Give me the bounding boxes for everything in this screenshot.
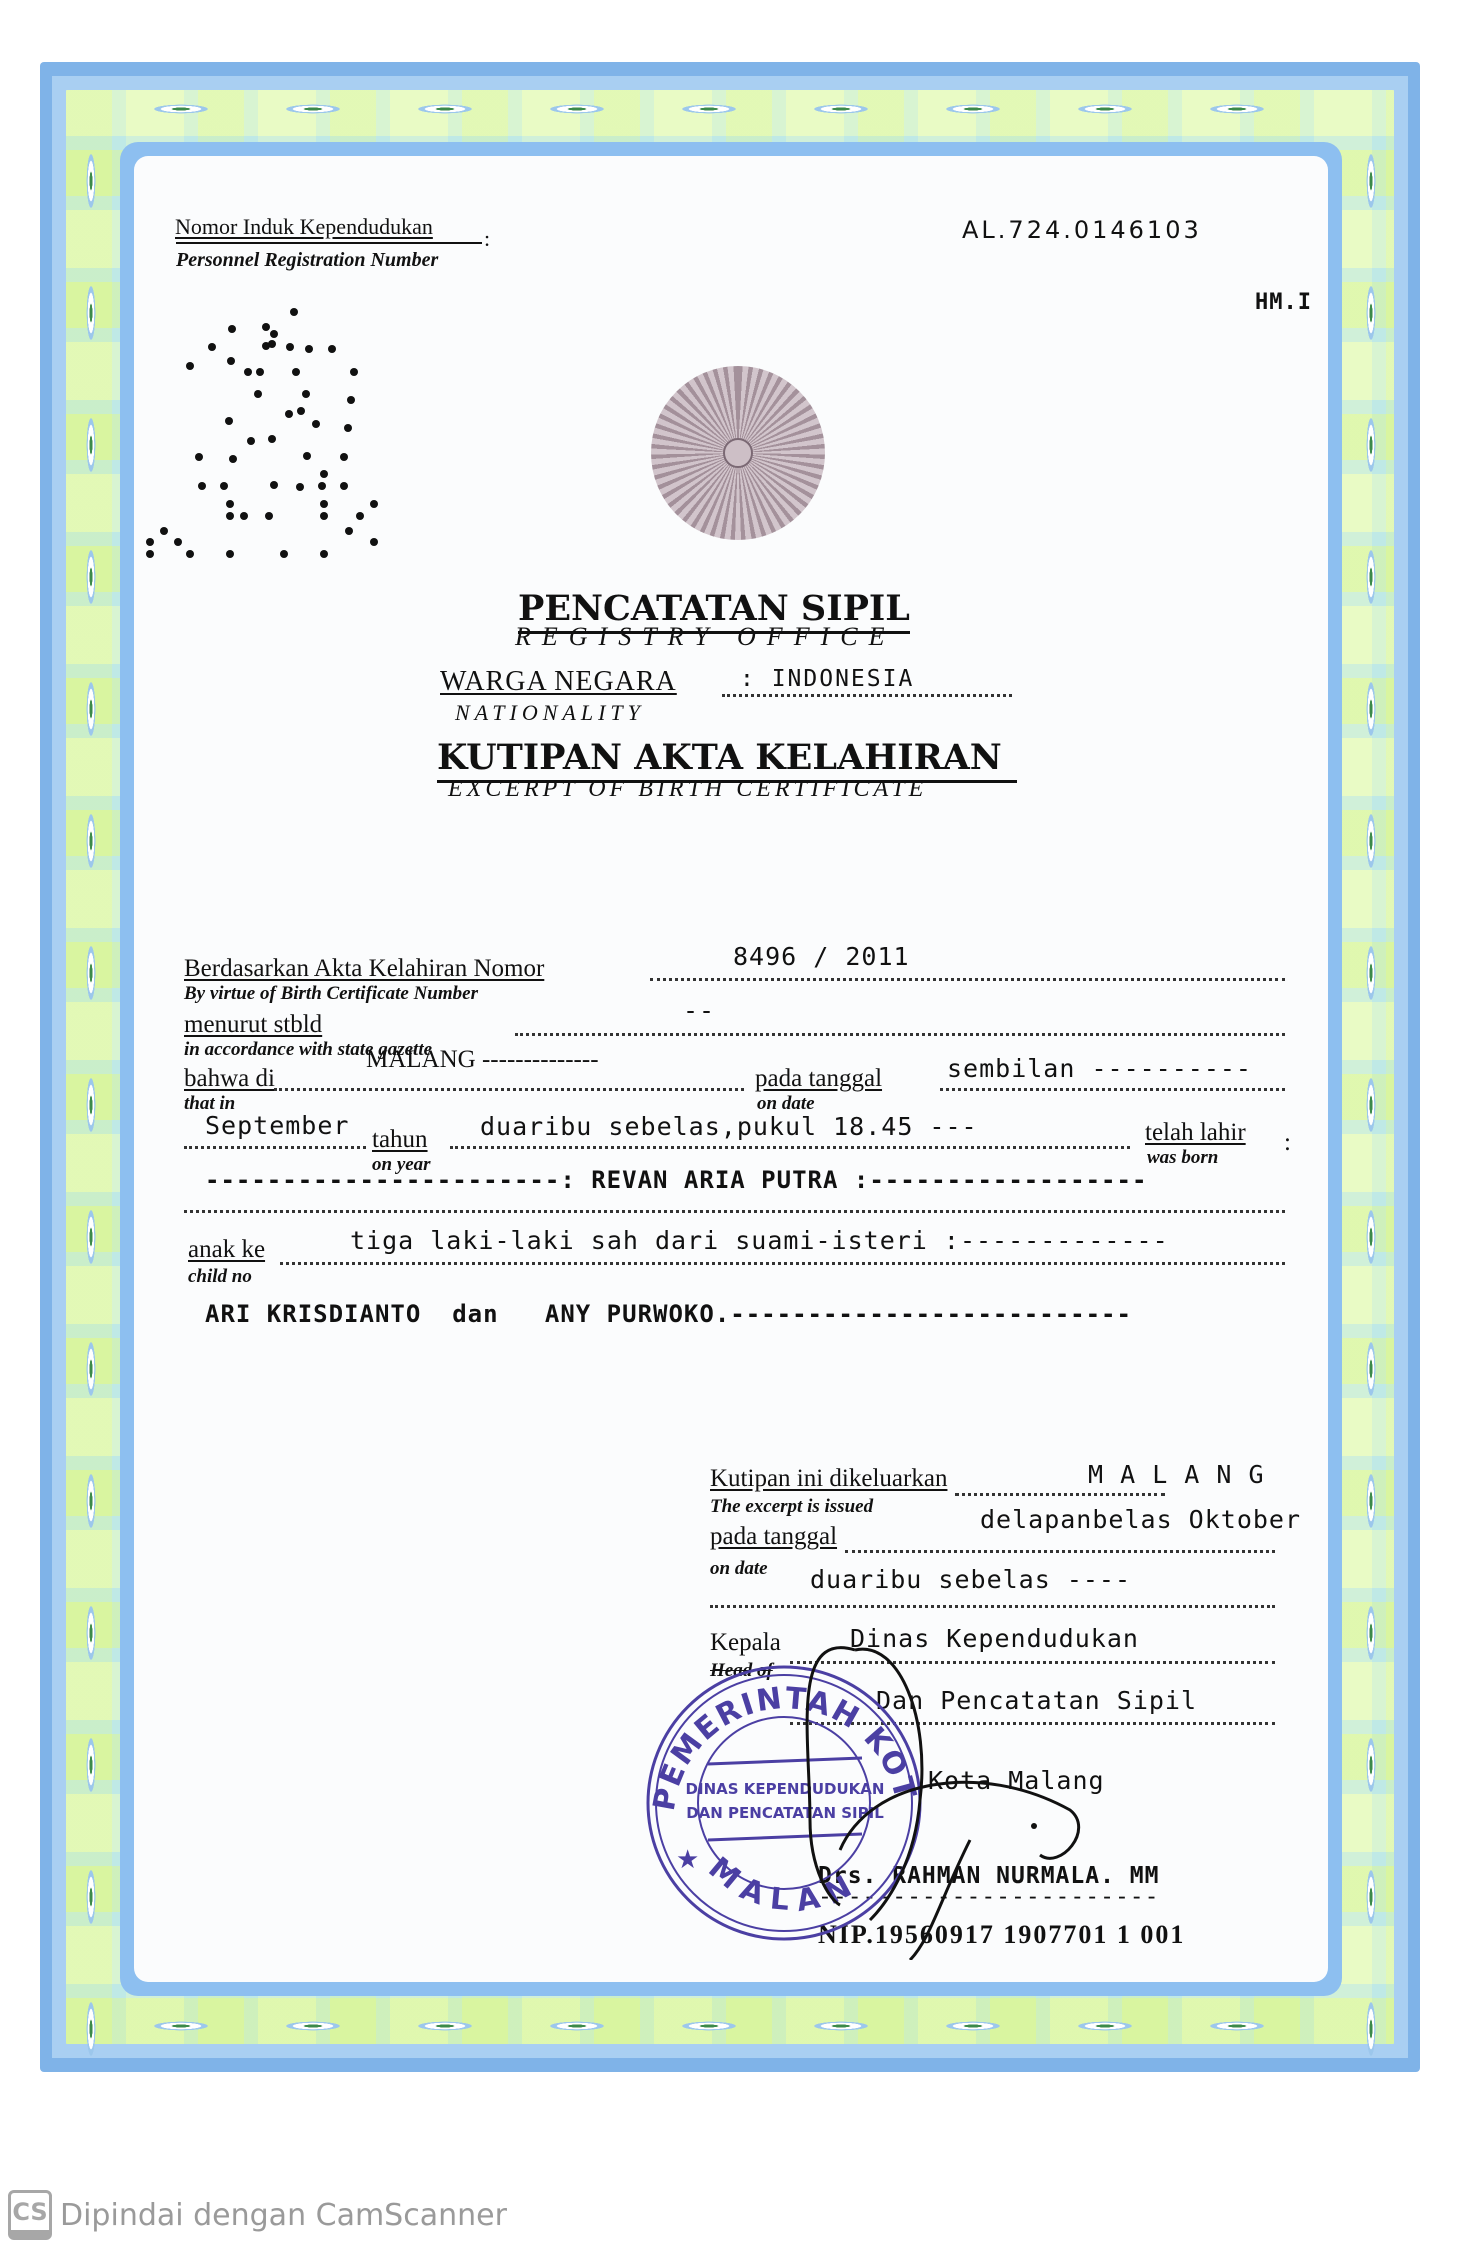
issue-date-dots-1 xyxy=(845,1550,1275,1553)
nationality-label-en: NATIONALITY xyxy=(455,700,645,726)
year-value: duaribu sebelas,pukul 18.45 --- xyxy=(480,1112,978,1141)
office-line-3: Kota Malang xyxy=(928,1766,1105,1795)
svg-text:★: ★ xyxy=(676,1845,699,1875)
cert-no-value: 8496 / 2011 xyxy=(733,942,910,971)
place-label: bahwa di xyxy=(184,1066,275,1091)
cert-no-dots xyxy=(650,978,1285,981)
place-dots xyxy=(274,1088,744,1091)
born-colon: : xyxy=(1284,1130,1291,1155)
parents-line: ARI KRISDIANTO dan ANY PURWOKO.---------… xyxy=(205,1300,1132,1328)
issued-label-en: The excerpt is issued xyxy=(710,1496,873,1518)
office-line-1: Dinas Kependudukan xyxy=(850,1624,1139,1653)
born-label-en: was born xyxy=(1147,1147,1218,1169)
camscanner-text: Dipindai dengan CamScanner xyxy=(60,2198,507,2233)
date-value: sembilan ---------- xyxy=(947,1054,1252,1083)
issue-date-label: pada tanggal xyxy=(710,1524,837,1549)
document-title-en: EXCERPT OF BIRTH CERTIFICATE xyxy=(448,776,927,803)
svg-text:DAN PENCATATAN SIPIL: DAN PENCATATAN SIPIL xyxy=(686,1804,884,1822)
camscanner-watermark: CS Dipindai dengan CamScanner xyxy=(8,2190,507,2240)
child-no-label: anak ke xyxy=(188,1237,265,1262)
cert-no-label-en: By virtue of Birth Certificate Number xyxy=(184,983,478,1005)
svg-text:DINAS KEPENDUDUKAN: DINAS KEPENDUDUKAN xyxy=(686,1780,885,1798)
garuda-emblem-icon xyxy=(651,366,825,540)
month-value: September xyxy=(205,1111,349,1140)
form-code: HM.I xyxy=(1255,290,1312,315)
nik-label-en: Personnel Registration Number xyxy=(176,249,438,272)
issue-date-dots-2 xyxy=(710,1605,1275,1608)
name-dots xyxy=(184,1210,1285,1213)
year-dots xyxy=(450,1146,1130,1149)
head-label: Kepala xyxy=(710,1630,781,1655)
month-dots xyxy=(184,1146,366,1149)
stbld-value: -- xyxy=(683,996,715,1025)
child-name-line: -----------------------: REVAN ARIA PUTR… xyxy=(205,1166,1147,1194)
child-no-value: tiga laki-laki sah dari suami-isteri :--… xyxy=(350,1226,1169,1255)
serial-number: AL.724.0146103 xyxy=(962,216,1202,244)
nationality-dots xyxy=(722,694,1012,697)
date-dots xyxy=(940,1088,1285,1091)
office-title-en: REGISTRY OFFICE xyxy=(515,622,895,652)
child-no-dots xyxy=(280,1262,1285,1265)
stbld-dots xyxy=(515,1033,1285,1036)
child-no-label-en: child no xyxy=(188,1266,252,1288)
issue-date-label-en: on date xyxy=(710,1558,768,1580)
nik-label: Nomor Induk Kependudukan xyxy=(175,216,433,238)
year-label: tahun xyxy=(372,1127,428,1152)
issued-place: M A L A N G xyxy=(1088,1460,1265,1489)
stbld-label: menurut stbld xyxy=(184,1012,322,1037)
cert-no-label: Berdasarkan Akta Kelahiran Nomor xyxy=(184,956,544,981)
date-label: pada tanggal xyxy=(755,1066,882,1091)
issued-place-dots xyxy=(955,1493,1165,1496)
official-stamp: PEMERINTAH KOTA MALANG DINAS KEPENDUDUKA… xyxy=(638,1662,930,1944)
born-label: telah lahir xyxy=(1145,1120,1246,1145)
issue-date-line1: delapanbelas Oktober xyxy=(980,1505,1301,1534)
camscanner-logo-icon: CS xyxy=(8,2190,52,2240)
issue-date-line2: duaribu sebelas ---- xyxy=(810,1565,1131,1594)
nationality-label: WARGA NEGARA xyxy=(440,668,677,696)
nik-colon: : xyxy=(484,228,490,250)
place-value: MALANG -------------- xyxy=(366,1046,599,1074)
nationality-value: : INDONESIA xyxy=(740,666,914,692)
nik-label-underline xyxy=(176,242,482,244)
issued-label: Kutipan ini dikeluarkan xyxy=(710,1466,947,1491)
